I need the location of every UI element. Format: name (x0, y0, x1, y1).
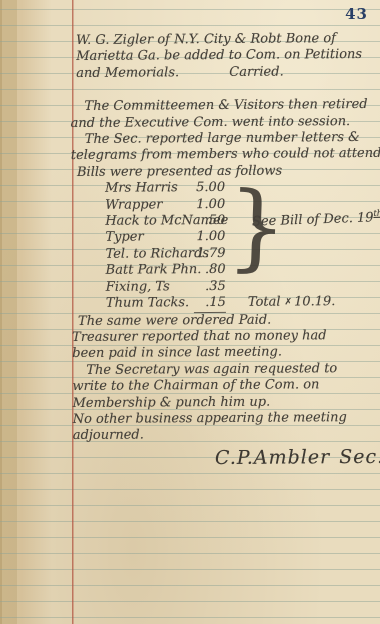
bill-item-amount: .50 (193, 213, 225, 230)
bill-item-name: Thum Tacks. (106, 295, 194, 313)
bill-item-name: Wrapper (105, 197, 193, 214)
signature-name: C.P.Ambler (215, 446, 330, 469)
bill-item-amount: 1.00 (193, 197, 225, 214)
bill-note-sup: th (373, 209, 380, 219)
minutes-line: and Memorials. Carried. (70, 64, 374, 83)
minutes-line: Marietta Ga. be added to Com. on Petitio… (70, 47, 374, 66)
signature: C.P.AmblerSec. (215, 444, 377, 471)
bill-item-amount: 5.00 (193, 180, 225, 197)
minutes-line: telegrams from members who could not att… (71, 146, 375, 165)
bill-item-amount: .15 (194, 295, 226, 313)
minutes-line: The Committeemen & Visitors then retired (70, 97, 374, 116)
page-number: 43 (345, 5, 368, 23)
bills-total-label: Total (248, 295, 281, 313)
ledger-page: 43 W. G. Zigler of N.Y. City & Robt Bone… (0, 0, 380, 624)
bill-item-name: Batt Park Phn. (106, 262, 194, 279)
bills-total-mark: ✗ (284, 295, 292, 312)
bills-total-value: 10.19. (294, 294, 335, 312)
bill-item-name: Hack to McNamee (105, 213, 193, 230)
minutes-line: No other business appearing the meeting (73, 410, 377, 429)
minutes-line: The Secretary was again requested to (72, 361, 376, 380)
minutes-content: W. G. Zigler of N.Y. City & Robt Bone of… (70, 31, 377, 472)
bill-row-total: Thum Tacks. .15 Total ✗ 10.19. (72, 294, 376, 314)
motion-result: Carried. (229, 64, 284, 79)
bill-item-amount: 1.79 (193, 246, 225, 263)
signature-title: Sec. (339, 446, 380, 468)
bill-item-name: Fixing, Ts (106, 279, 194, 296)
bill-item-name: Mrs Harris (105, 180, 193, 197)
bill-item-amount: .35 (194, 279, 226, 296)
bill-item-name: Typer (105, 230, 193, 247)
bill-item-amount: .80 (194, 262, 226, 279)
bill-item-name: Tel. to Richards (105, 246, 193, 263)
minutes-text: and Memorials. (76, 65, 179, 81)
minutes-line: adjourned. (73, 426, 377, 445)
bill-item-amount: 1.00 (193, 229, 225, 246)
